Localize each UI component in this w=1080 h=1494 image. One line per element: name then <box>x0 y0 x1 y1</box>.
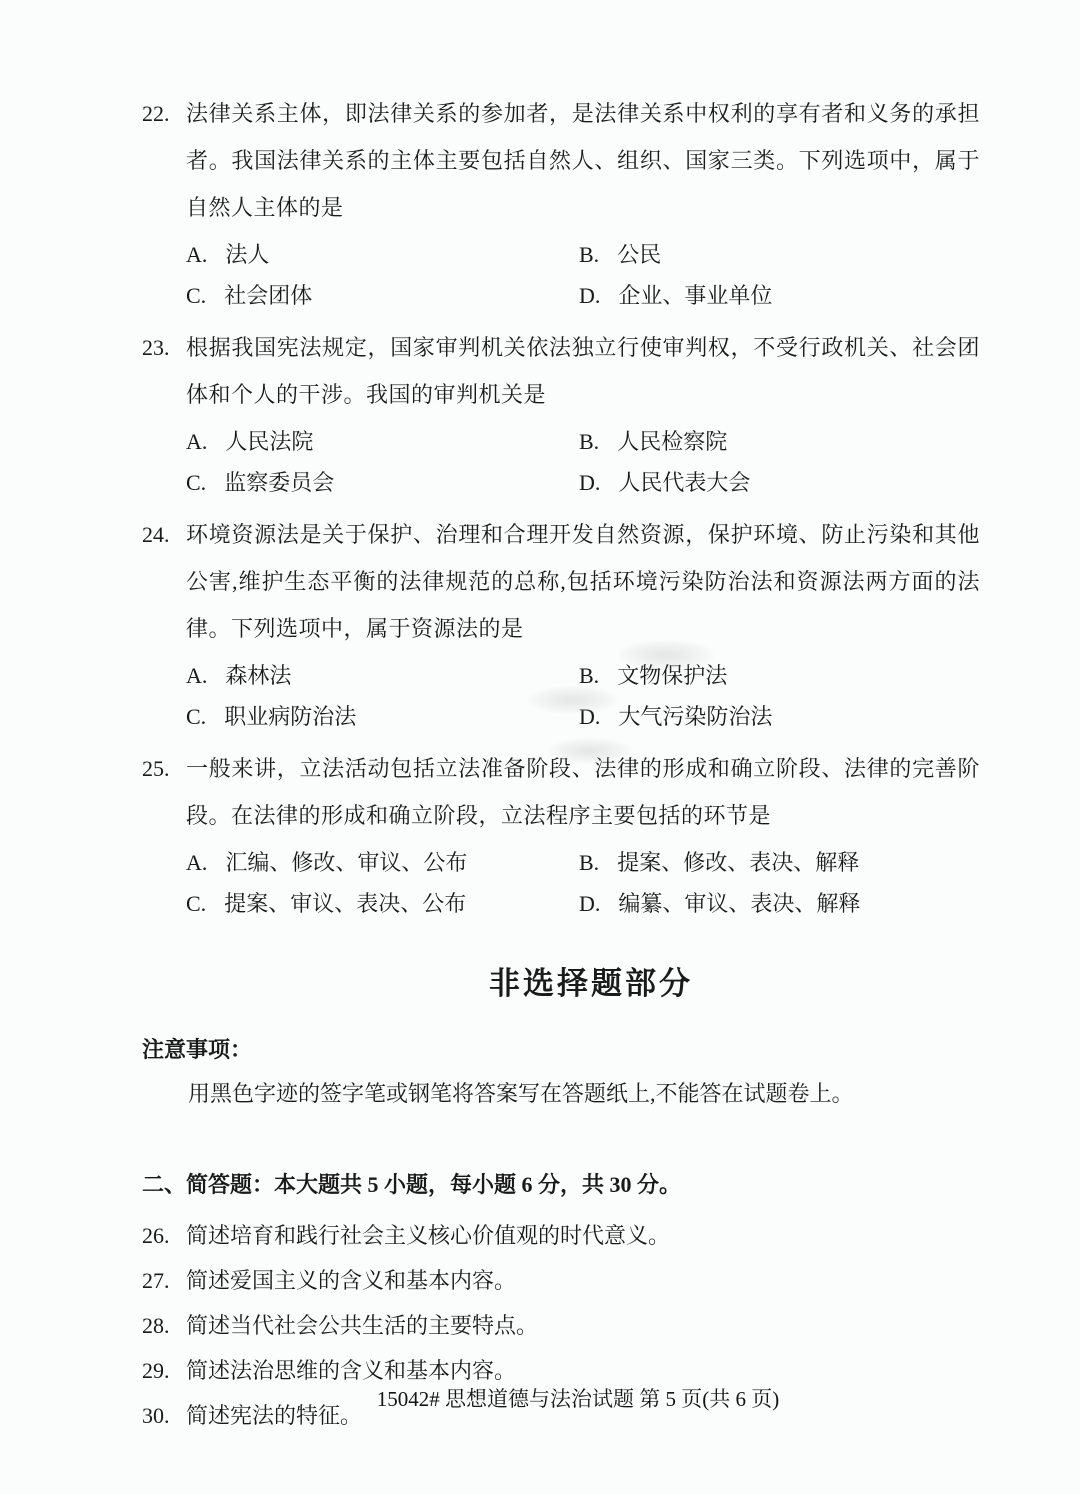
options-grid: A.森林法 B.文物保护法 C.职业病防治法 D.大气污染防治法 <box>186 655 980 737</box>
option-label: D. <box>579 883 600 924</box>
options-grid: A.汇编、修改、审议、公布 B.提案、修改、表决、解释 C.提案、审议、表决、公… <box>186 842 980 924</box>
option-text: 人民代表大会 <box>618 462 750 503</box>
option-d: D.人民代表大会 <box>579 462 980 503</box>
option-label: C. <box>186 883 206 924</box>
option-c: C.监察委员会 <box>186 462 579 503</box>
option-label: B. <box>579 842 599 883</box>
option-text: 大气污染防治法 <box>618 696 772 737</box>
option-text: 提案、修改、表决、解释 <box>617 842 859 883</box>
option-c: C.提案、审议、表决、公布 <box>186 883 579 924</box>
question-number: 27. <box>142 1266 186 1296</box>
option-c: C.社会团体 <box>186 275 579 316</box>
question-number: 29. <box>142 1356 186 1386</box>
option-b: B.公民 <box>579 234 980 275</box>
question-text: 简述当代社会公共生活的主要特点。 <box>186 1311 980 1341</box>
option-label: D. <box>579 462 600 503</box>
option-label: A. <box>186 655 207 696</box>
option-label: C. <box>186 275 206 316</box>
option-label: B. <box>579 655 599 696</box>
question-text: 简述爱国主义的含义和基本内容。 <box>186 1266 980 1296</box>
option-text: 社会团体 <box>224 275 312 316</box>
question-24: 24. 环境资源法是关于保护、治理和合理开发自然资源，保护环境、防止污染和其他公… <box>142 511 980 737</box>
exam-page: 22. 法律关系主体，即法律关系的参加者，是法律关系中权利的享有者和义务的承担者… <box>0 0 1080 1494</box>
question-29: 29. 简述法治思维的含义和基本内容。 <box>142 1356 980 1386</box>
option-text: 企业、事业单位 <box>618 275 772 316</box>
option-d: D.编纂、审议、表决、解释 <box>579 883 980 924</box>
page-footer: 15042# 思想道德与法治试题 第 5 页(共 6 页) <box>0 1383 1080 1413</box>
options-grid: A.法人 B.公民 C.社会团体 D.企业、事业单位 <box>186 234 980 316</box>
options-grid: A.人民法院 B.人民检察院 C.监察委员会 D.人民代表大会 <box>186 421 980 503</box>
question-25: 25. 一般来讲，立法活动包括立法准备阶段、法律的形成和确立阶段、法律的完善阶段… <box>142 745 980 924</box>
option-label: A. <box>186 421 207 462</box>
question-23: 23. 根据我国宪法规定，国家审判机关依法独立行使审判权，不受行政机关、社会团体… <box>142 324 980 503</box>
option-d: D.企业、事业单位 <box>579 275 980 316</box>
question-26: 26. 简述培育和践行社会主义核心价值观的时代意义。 <box>142 1221 980 1251</box>
question-number: 24. <box>142 511 186 652</box>
option-a: A.人民法院 <box>186 421 579 462</box>
option-label: A. <box>186 842 207 883</box>
option-text: 文物保护法 <box>617 655 727 696</box>
option-text: 公民 <box>617 234 661 275</box>
question-text: 环境资源法是关于保护、治理和合理开发自然资源，保护环境、防止污染和其他公害,维护… <box>186 511 980 652</box>
option-d: D.大气污染防治法 <box>579 696 980 737</box>
question-22: 22. 法律关系主体，即法律关系的参加者，是法律关系中权利的享有者和义务的承担者… <box>142 90 980 316</box>
option-b: B.人民检察院 <box>579 421 980 462</box>
option-text: 编纂、审议、表决、解释 <box>618 883 860 924</box>
option-label: B. <box>579 421 599 462</box>
option-label: A. <box>186 234 207 275</box>
question-number: 26. <box>142 1221 186 1251</box>
option-c: C.职业病防治法 <box>186 696 579 737</box>
option-label: D. <box>579 275 600 316</box>
option-a: A.森林法 <box>186 655 579 696</box>
option-b: B.文物保护法 <box>579 655 980 696</box>
option-text: 人民法院 <box>225 421 313 462</box>
option-label: B. <box>579 234 599 275</box>
option-a: A.法人 <box>186 234 579 275</box>
option-text: 提案、审议、表决、公布 <box>224 883 466 924</box>
question-text: 法律关系主体，即法律关系的参加者，是法律关系中权利的享有者和义务的承担者。我国法… <box>186 90 980 231</box>
question-number: 23. <box>142 324 186 418</box>
option-text: 人民检察院 <box>617 421 727 462</box>
option-a: A.汇编、修改、审议、公布 <box>186 842 579 883</box>
question-28: 28. 简述当代社会公共生活的主要特点。 <box>142 1311 980 1341</box>
option-text: 职业病防治法 <box>224 696 356 737</box>
notice-text: 用黑色字迹的签字笔或钢笔将答案写在答题纸上,不能答在试题卷上。 <box>142 1078 980 1110</box>
question-number: 28. <box>142 1311 186 1341</box>
question-text: 简述法治思维的含义和基本内容。 <box>186 1356 980 1386</box>
question-number: 22. <box>142 90 186 231</box>
section-title: 非选择题部分 <box>202 958 980 1003</box>
question-number: 25. <box>142 745 186 839</box>
option-label: C. <box>186 462 206 503</box>
option-label: D. <box>579 696 600 737</box>
question-27: 27. 简述爱国主义的含义和基本内容。 <box>142 1266 980 1296</box>
option-label: C. <box>186 696 206 737</box>
option-text: 汇编、修改、审议、公布 <box>225 842 467 883</box>
option-text: 森林法 <box>225 655 291 696</box>
option-b: B.提案、修改、表决、解释 <box>579 842 980 883</box>
question-text: 一般来讲，立法活动包括立法准备阶段、法律的形成和确立阶段、法律的完善阶段。在法律… <box>186 745 980 839</box>
option-text: 法人 <box>225 234 269 275</box>
notice-heading: 注意事项： <box>142 1033 980 1064</box>
question-text: 根据我国宪法规定，国家审判机关依法独立行使审判权，不受行政机关、社会团体和个人的… <box>186 324 980 418</box>
option-text: 监察委员会 <box>224 462 334 503</box>
question-text: 简述培育和践行社会主义核心价值观的时代意义。 <box>186 1221 980 1251</box>
short-answer-heading: 二、简答题：本大题共 5 小题，每小题 6 分，共 30 分。 <box>142 1168 980 1199</box>
